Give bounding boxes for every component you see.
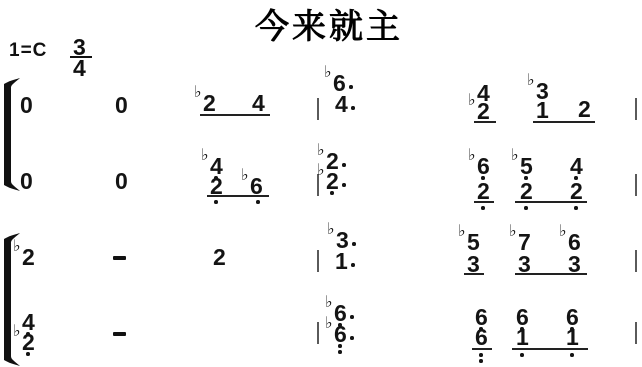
octave-dot <box>330 191 334 195</box>
score-sheet: 1=C 3 4 今来就主 002♭46♭442♭3♭12004♭26♭2♭2♭6… <box>0 0 642 367</box>
note-digit: 2 <box>22 331 35 354</box>
octave-dot <box>214 200 218 204</box>
note-digit: 5 <box>520 155 533 178</box>
octave-dot <box>338 344 342 348</box>
note-digit: 6 <box>334 323 347 346</box>
barline <box>635 174 637 196</box>
barline <box>635 98 637 120</box>
augmentation-dot <box>351 106 355 110</box>
note-digit: 2 <box>210 175 223 198</box>
flat-sign: ♭ <box>13 238 21 254</box>
flat-sign: ♭ <box>527 72 535 88</box>
note-digit: 1 <box>335 250 348 273</box>
notation-area: 002♭46♭442♭3♭12004♭26♭2♭2♭6♭25♭2422♭23♭1… <box>0 0 642 367</box>
note-digit: 4 <box>570 155 583 178</box>
octave-dot <box>520 353 524 357</box>
flat-sign: ♭ <box>194 84 202 100</box>
flat-sign: ♭ <box>468 147 476 163</box>
flat-sign: ♭ <box>325 294 333 310</box>
flat-sign: ♭ <box>324 64 332 80</box>
barline <box>635 322 637 344</box>
note-digit: 0 <box>115 170 128 193</box>
note-digit: 0 <box>115 94 128 117</box>
augmentation-dot <box>351 263 355 267</box>
note-digit: 3 <box>518 253 531 276</box>
flat-sign: ♭ <box>325 315 333 331</box>
flat-sign: ♭ <box>241 167 249 183</box>
octave-dot <box>570 353 574 357</box>
note-digit: 1 <box>516 326 529 349</box>
augmentation-dot <box>342 163 346 167</box>
note-digit: 1 <box>536 99 549 122</box>
note-digit: 3 <box>568 253 581 276</box>
flat-sign: ♭ <box>509 223 517 239</box>
note-digit: 2 <box>22 246 35 269</box>
flat-sign: ♭ <box>468 92 476 108</box>
note-digit: 2 <box>477 180 490 203</box>
note-digit: 2 <box>570 180 583 203</box>
flat-sign: ♭ <box>317 162 325 178</box>
note-digit: 3 <box>467 253 480 276</box>
note-digit: 2 <box>326 170 339 193</box>
octave-dot <box>524 206 528 210</box>
octave-dot <box>481 206 485 210</box>
note-digit: 2 <box>520 180 533 203</box>
octave-dot <box>479 353 483 357</box>
octave-dot <box>256 200 260 204</box>
note-digit: 2 <box>203 92 216 115</box>
augmentation-dot <box>350 315 354 319</box>
note-digit: 6 <box>475 326 488 349</box>
octave-dot <box>479 359 483 363</box>
barline <box>317 322 319 344</box>
octave-dot <box>338 350 342 354</box>
note-digit: 4 <box>335 93 348 116</box>
augmentation-dot <box>349 85 353 89</box>
note-digit: 0 <box>20 170 33 193</box>
flat-sign: ♭ <box>511 147 519 163</box>
dash-rest <box>113 256 126 260</box>
note-digit: 4 <box>252 92 265 115</box>
note-digit: 6 <box>250 175 263 198</box>
note-digit: 2 <box>213 246 226 269</box>
flat-sign: ♭ <box>559 223 567 239</box>
note-digit: 0 <box>20 94 33 117</box>
note-digit: 6 <box>477 155 490 178</box>
note-digit: 1 <box>566 326 579 349</box>
flat-sign: ♭ <box>317 142 325 158</box>
augmentation-dot <box>352 242 356 246</box>
flat-sign: ♭ <box>13 323 21 339</box>
barline <box>635 250 637 272</box>
flat-sign: ♭ <box>327 221 335 237</box>
octave-dot <box>26 352 30 356</box>
augmentation-dot <box>342 183 346 187</box>
octave-dot <box>574 206 578 210</box>
dash-rest <box>113 332 126 336</box>
augmentation-dot <box>350 336 354 340</box>
note-digit: 2 <box>578 98 591 121</box>
flat-sign: ♭ <box>458 223 466 239</box>
barline <box>317 250 319 272</box>
note-digit: 2 <box>477 100 490 123</box>
barline <box>317 98 319 120</box>
flat-sign: ♭ <box>201 147 209 163</box>
